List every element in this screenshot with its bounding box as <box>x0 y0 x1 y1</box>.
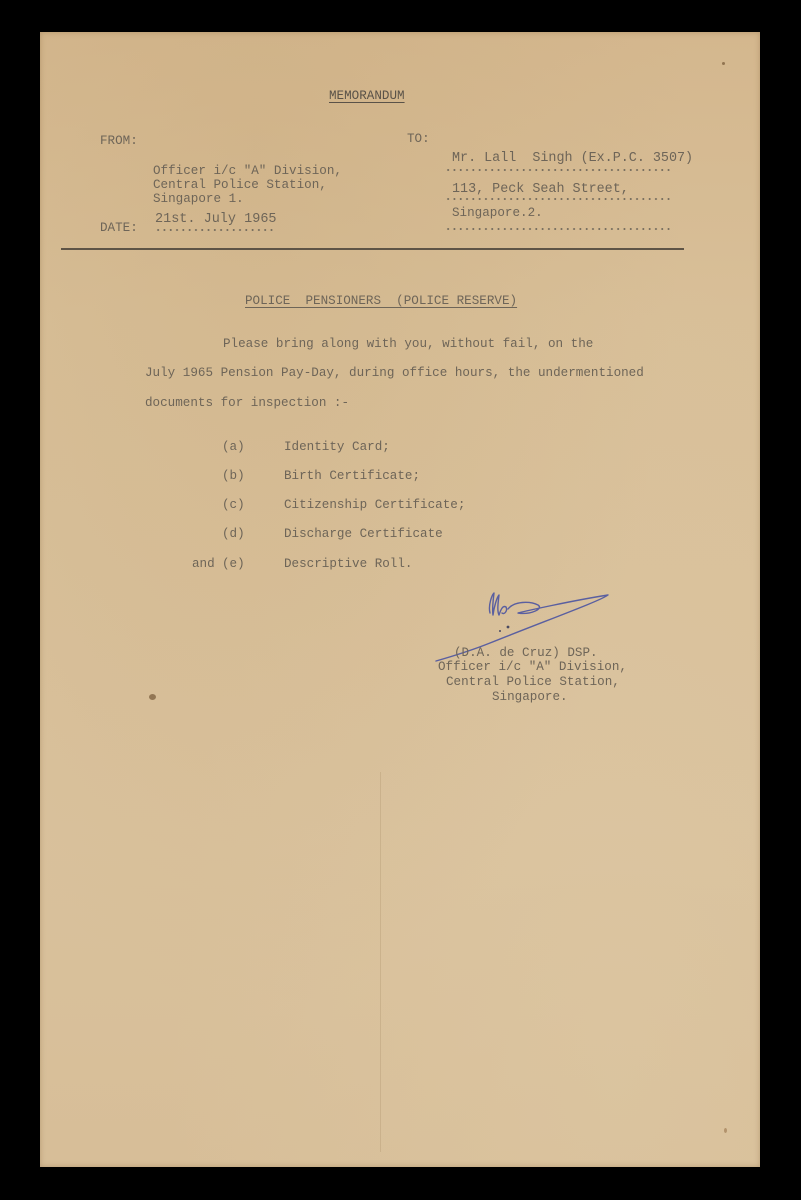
to-label: TO: <box>407 132 430 146</box>
to-dotted-line-2 <box>445 198 673 200</box>
from-label: FROM: <box>100 134 138 148</box>
item-marker: (a) <box>222 440 245 454</box>
header-divider <box>61 248 684 250</box>
date-value: 21st. July 1965 <box>155 213 277 227</box>
date-dotted-line <box>155 229 275 231</box>
item-text: Birth Certificate; <box>284 469 420 483</box>
memo-paper <box>40 32 760 1167</box>
item-marker: (e) <box>222 557 245 571</box>
signatory-name: (D.A. de Cruz) DSP. <box>454 646 598 660</box>
item-marker: (b) <box>222 469 245 483</box>
memo-title: MEMORANDUM <box>329 89 405 103</box>
to-line-2: 113, Peck Seah Street, <box>452 183 629 197</box>
ink-blot-mark <box>149 694 156 700</box>
item-text: Discharge Certificate <box>284 527 443 541</box>
body-line-1: Please bring along with you, without fai… <box>223 337 593 351</box>
item-text: Identity Card; <box>284 440 390 454</box>
date-label: DATE: <box>100 221 138 235</box>
from-line-1: Officer i/c "A" Division, <box>153 164 342 178</box>
item-text: Citizenship Certificate; <box>284 498 465 512</box>
to-dotted-line-1 <box>445 169 670 171</box>
signatory-station: Central Police Station, <box>446 675 620 689</box>
body-line-3: documents for inspection :- <box>145 396 349 410</box>
signatory-title: Officer i/c "A" Division, <box>438 660 627 674</box>
to-line-1: Mr. Lall Singh (Ex.P.C. 3507) <box>452 152 693 166</box>
to-line-3: Singapore.2. <box>452 206 543 220</box>
subject-heading: POLICE PENSIONERS (POLICE RESERVE) <box>245 294 517 308</box>
paper-fold-crease <box>380 772 381 1152</box>
from-line-3: Singapore 1. <box>153 192 244 206</box>
from-line-2: Central Police Station, <box>153 178 327 192</box>
paper-stain <box>724 1128 727 1133</box>
body-line-2: July 1965 Pension Pay-Day, during office… <box>145 366 644 380</box>
item-marker: (c) <box>222 498 245 512</box>
to-dotted-line-3 <box>445 228 673 230</box>
item-marker: (d) <box>222 527 245 541</box>
signatory-city: Singapore. <box>492 690 568 704</box>
item-prefix: and <box>192 557 215 571</box>
paper-speck <box>722 62 725 65</box>
item-text: Descriptive Roll. <box>284 557 412 571</box>
